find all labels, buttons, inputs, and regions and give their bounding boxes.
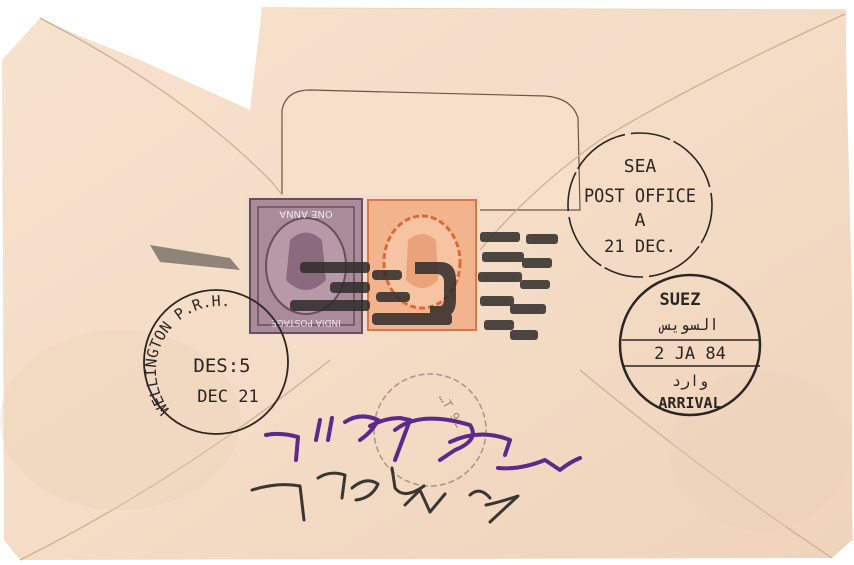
- svg-text:وارد: وارد: [672, 372, 708, 390]
- svg-text:21 DEC.: 21 DEC.: [604, 237, 676, 257]
- svg-text:DES:5: DES:5: [193, 355, 250, 377]
- svg-text:ARRIVAL: ARRIVAL: [658, 394, 721, 412]
- svg-text:DEC 21: DEC 21: [197, 387, 258, 407]
- svg-text:POST OFFICE: POST OFFICE: [584, 185, 696, 207]
- stamp-one-anna-value: ONE ANNA: [279, 208, 333, 219]
- svg-text:SUEZ: SUEZ: [660, 290, 701, 310]
- svg-text:2 JA 84: 2 JA 84: [654, 344, 726, 364]
- svg-text:SEA: SEA: [624, 156, 657, 177]
- cover-photo: ONE ANNA INDIA POSTAGE SEA POST OFFICE: [0, 0, 854, 565]
- svg-text:A: A: [635, 210, 646, 231]
- stamp-one-anna-country: INDIA POSTAGE: [271, 317, 341, 327]
- svg-text:السويس: السويس: [658, 315, 719, 335]
